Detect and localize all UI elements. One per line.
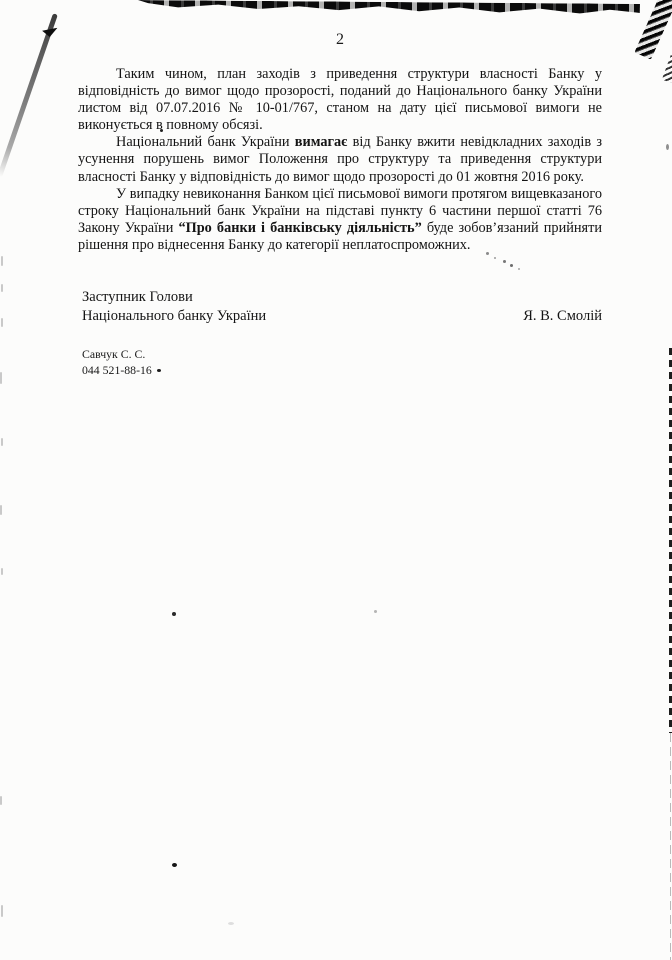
bold-demand-word: вимагає (295, 134, 348, 150)
paragraph-consequences: У випадку невиконання Банком цієї письмо… (78, 186, 602, 254)
signer-name: Я. В. Смолій (523, 307, 602, 326)
executor-phone: 044 521-88-16 (82, 363, 152, 379)
right-edge-faint-line-artifact (670, 733, 671, 960)
left-edge-mark (1, 284, 3, 292)
executor-name: Савчук С. С. (82, 347, 152, 363)
corner-smudge-artifact (662, 55, 672, 83)
letter-body: Таким чином, план заходів з приведення с… (78, 66, 602, 254)
ink-speck (503, 260, 506, 263)
signer-title: Заступник Голови Національного банку Укр… (82, 288, 266, 325)
bold-law-title: “Про банки і банківську діяльність” (178, 220, 421, 236)
ink-speck (172, 863, 177, 867)
paragraph-text: Таким чином, план заходів з приведення с… (78, 66, 602, 133)
ink-speck (666, 144, 669, 150)
signer-title-line2: Національного банку України (82, 307, 266, 326)
scanner-edge-band-artifact (138, 0, 640, 14)
left-edge-mark (0, 372, 2, 384)
left-edge-mark (0, 505, 2, 515)
signature-block: Заступник Голови Національного банку Укр… (82, 288, 602, 325)
ink-speck (172, 612, 176, 616)
left-edge-mark (1, 318, 3, 327)
left-edge-mark (1, 438, 3, 446)
ink-speck (374, 610, 377, 613)
paragraph-demand: Національний банк України вимагає від Ба… (78, 134, 602, 185)
left-edge-mark (1, 905, 3, 917)
left-edge-mark (1, 568, 3, 575)
scanned-letter-page: 2 Таким чином, план заходів з приведення… (0, 0, 672, 960)
paragraph-text: Національний банк України (116, 134, 295, 150)
executor-contact: Савчук С. С. 044 521-88-16 (82, 347, 152, 378)
ink-speck (228, 922, 234, 925)
signer-title-line1: Заступник Голови (82, 288, 266, 307)
ink-speck (518, 268, 520, 270)
paragraph-plan-not-fulfilled: Таким чином, план заходів з приведення с… (78, 66, 602, 134)
left-edge-mark (1, 256, 3, 266)
left-edge-mark (0, 796, 2, 805)
ink-speck (510, 264, 513, 267)
corner-smudge-artifact (634, 0, 672, 60)
pen-streak-artifact (0, 13, 58, 177)
ink-speck (494, 257, 496, 259)
page-number: 2 (78, 31, 602, 49)
ink-speck (157, 369, 161, 372)
